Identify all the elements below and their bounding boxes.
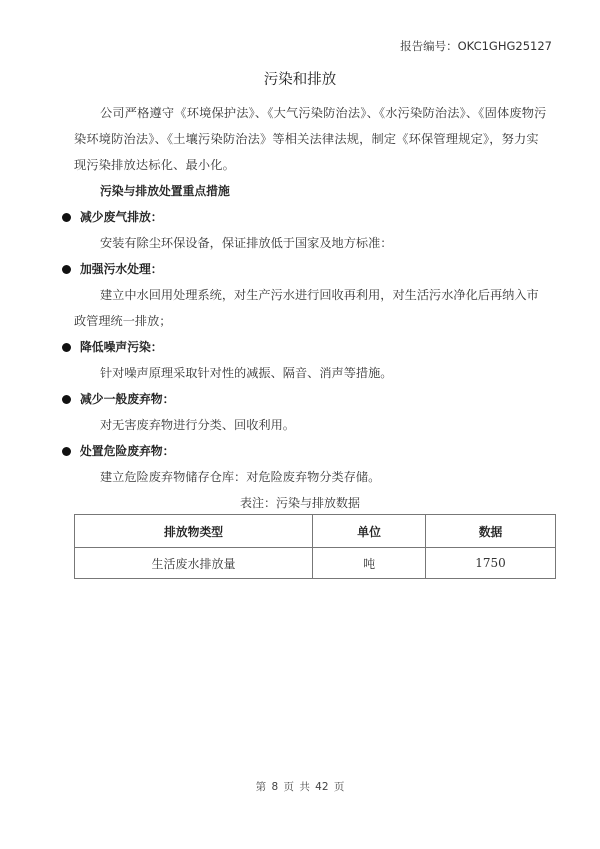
measure-title: 处置危险废弃物： [62, 438, 536, 464]
table-cell: 生活废水排放量 [75, 548, 313, 579]
document-body: 公司严格遵守《环境保护法》、《大气污染防治法》、《水污染防治法》、《固体废物污染… [74, 100, 548, 490]
measure-title: 减少一般废弃物： [62, 386, 536, 412]
page-title: 污染和排放 [0, 68, 600, 89]
table-header-row: 排放物类型 单位 数据 [75, 515, 556, 548]
emissions-table: 排放物类型 单位 数据 生活废水排放量 吨 1750 [74, 514, 556, 579]
measure-title: 加强污水处理： [62, 256, 536, 282]
bullet-icon [62, 395, 71, 404]
measure-title-text: 减少一般废弃物： [80, 386, 174, 412]
measures-heading: 污染与排放处置重点措施 [74, 178, 548, 204]
measure-title-text: 降低噪声污染： [80, 334, 163, 360]
measure-title-text: 加强污水处理： [80, 256, 163, 282]
measure-body: 针对噪声原理采取针对性的减振、隔音、消声等措施。 [74, 360, 548, 386]
table-cell: 吨 [313, 548, 426, 579]
measure-title-text: 减少废气排放： [80, 204, 163, 230]
column-header: 排放物类型 [75, 515, 313, 548]
bullet-icon [62, 265, 71, 274]
measure-body: 建立中水回用处理系统，对生产污水进行回收再利用，对生活污水净化后再纳入市政管理统… [74, 282, 548, 334]
measure-title: 降低噪声污染： [62, 334, 536, 360]
column-header: 单位 [313, 515, 426, 548]
table-row: 生活废水排放量 吨 1750 [75, 548, 556, 579]
page-number: 第 8 页 共 42 页 [0, 779, 600, 794]
measure-body: 对无害废弃物进行分类、回收利用。 [74, 412, 548, 438]
report-number: 报告编号：OKC1GHG25127 [400, 38, 552, 54]
table-caption: 表注：污染与排放数据 [0, 494, 600, 511]
bullet-icon [62, 447, 71, 456]
bullet-icon [62, 213, 71, 222]
table-cell: 1750 [426, 548, 556, 579]
measure-title: 减少废气排放： [62, 204, 536, 230]
measure-body: 建立危险废弃物储存仓库：对危险废弃物分类存储。 [74, 464, 548, 490]
bullet-icon [62, 343, 71, 352]
column-header: 数据 [426, 515, 556, 548]
measure-title-text: 处置危险废弃物： [80, 438, 174, 464]
intro-paragraph: 公司严格遵守《环境保护法》、《大气污染防治法》、《水污染防治法》、《固体废物污染… [74, 100, 548, 178]
measure-body: 安装有除尘环保设备，保证排放低于国家及地方标准： [74, 230, 548, 256]
